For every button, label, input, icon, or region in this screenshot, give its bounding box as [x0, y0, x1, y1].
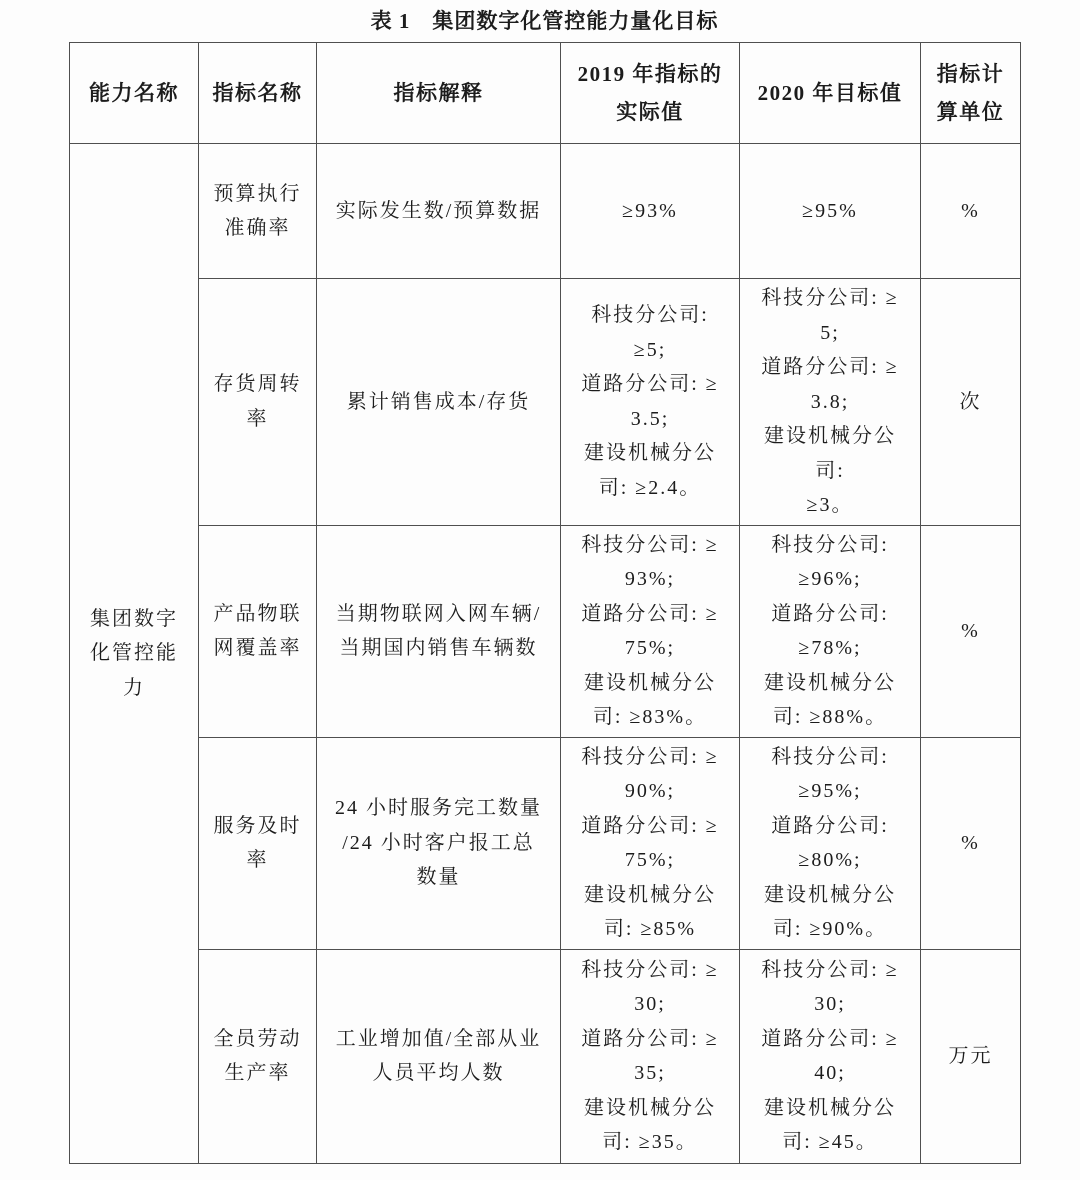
table-row: 服务及时 率 24 小时服务完工数量 /24 小时客户报工总 数量 科技分公司:…: [70, 737, 1021, 949]
target-2020-cell: 科技分公司: ≥ 30; 道路分公司: ≥ 40; 建设机械分公 司: ≥45。: [740, 949, 921, 1163]
unit-cell: 次: [921, 279, 1021, 526]
header-unit: 指标计 算单位: [921, 43, 1021, 144]
header-2019-actual: 2019 年指标的 实际值: [561, 43, 740, 144]
table-row: 产品物联 网覆盖率 当期物联网入网车辆/ 当期国内销售车辆数 科技分公司: ≥ …: [70, 525, 1021, 737]
header-indicator-name: 指标名称: [199, 43, 317, 144]
unit-cell: %: [921, 144, 1021, 279]
header-capability-name: 能力名称: [70, 43, 199, 144]
explanation-cell: 实际发生数/预算数据: [317, 144, 561, 279]
explanation-cell: 当期物联网入网车辆/ 当期国内销售车辆数: [317, 525, 561, 737]
header-indicator-explanation: 指标解释: [317, 43, 561, 144]
target-2020-cell: ≥95%: [740, 144, 921, 279]
actual-2019-cell: ≥93%: [561, 144, 740, 279]
explanation-cell: 24 小时服务完工数量 /24 小时客户报工总 数量: [317, 737, 561, 949]
table-row: 存货周转 率 累计销售成本/存货 科技分公司: ≥5; 道路分公司: ≥ 3.5…: [70, 279, 1021, 526]
actual-2019-cell: 科技分公司: ≥ 30; 道路分公司: ≥ 35; 建设机械分公 司: ≥35。: [561, 949, 740, 1163]
target-2020-cell: 科技分公司: ≥96%; 道路分公司: ≥78%; 建设机械分公 司: ≥88%…: [740, 525, 921, 737]
actual-2019-cell: 科技分公司: ≥ 93%; 道路分公司: ≥ 75%; 建设机械分公 司: ≥8…: [561, 525, 740, 737]
table-row: 集团数字 化管控能 力 预算执行 准确率 实际发生数/预算数据 ≥93% ≥95…: [70, 144, 1021, 279]
indicator-cell: 全员劳动 生产率: [199, 949, 317, 1163]
unit-cell: 万元: [921, 949, 1021, 1163]
explanation-cell: 工业增加值/全部从业 人员平均人数: [317, 949, 561, 1163]
header-2020-target: 2020 年目标值: [740, 43, 921, 144]
target-2020-cell: 科技分公司: ≥95%; 道路分公司: ≥80%; 建设机械分公 司: ≥90%…: [740, 737, 921, 949]
indicator-cell: 产品物联 网覆盖率: [199, 525, 317, 737]
indicator-cell: 存货周转 率: [199, 279, 317, 526]
indicator-cell: 预算执行 准确率: [199, 144, 317, 279]
document-page: 表 1 集团数字化管控能力量化目标 能力名称 指标名称 指标解释 2019 年指…: [0, 0, 1080, 1180]
capability-cell: 集团数字 化管控能 力: [70, 144, 199, 1164]
targets-table: 能力名称 指标名称 指标解释 2019 年指标的 实际值 2020 年目标值 指…: [69, 42, 1021, 1164]
actual-2019-cell: 科技分公司: ≥ 90%; 道路分公司: ≥ 75%; 建设机械分公 司: ≥8…: [561, 737, 740, 949]
unit-cell: %: [921, 737, 1021, 949]
unit-cell: %: [921, 525, 1021, 737]
indicator-cell: 服务及时 率: [199, 737, 317, 949]
table-row: 全员劳动 生产率 工业增加值/全部从业 人员平均人数 科技分公司: ≥ 30; …: [70, 949, 1021, 1163]
target-2020-cell: 科技分公司: ≥ 5; 道路分公司: ≥ 3.8; 建设机械分公 司: ≥3。: [740, 279, 921, 526]
actual-2019-cell: 科技分公司: ≥5; 道路分公司: ≥ 3.5; 建设机械分公 司: ≥2.4。: [561, 279, 740, 526]
explanation-cell: 累计销售成本/存货: [317, 279, 561, 526]
table-caption: 表 1 集团数字化管控能力量化目标: [69, 6, 1020, 36]
header-row: 能力名称 指标名称 指标解释 2019 年指标的 实际值 2020 年目标值 指…: [70, 43, 1021, 144]
